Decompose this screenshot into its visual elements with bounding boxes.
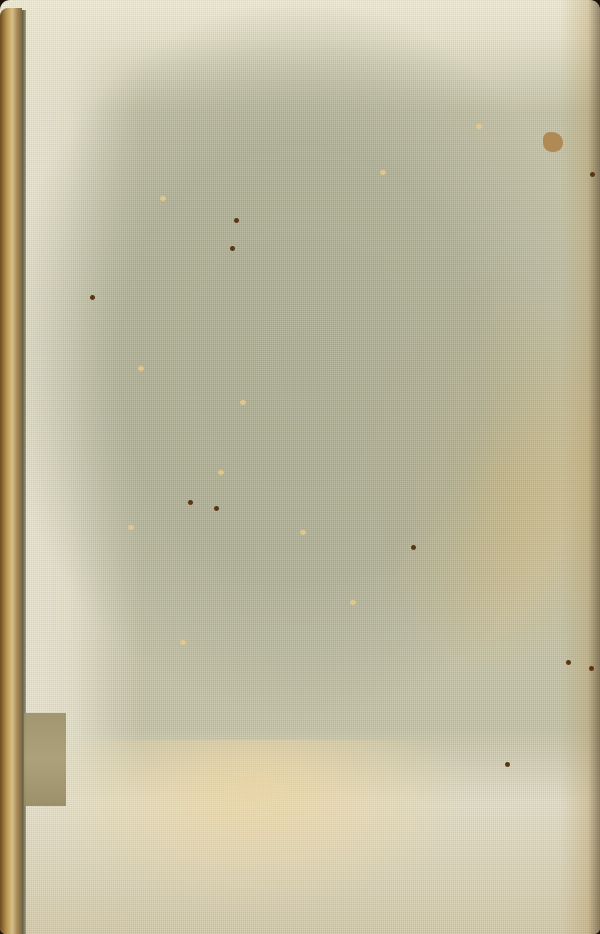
light-speck (300, 530, 306, 535)
dark-speck (234, 218, 239, 223)
stain-blotch (543, 132, 563, 152)
light-speck (180, 640, 186, 645)
light-speck (240, 400, 246, 405)
light-speck (218, 470, 224, 475)
dark-speck (230, 246, 235, 251)
dark-speck (589, 666, 594, 671)
book-spine (0, 8, 22, 934)
dark-speck (188, 500, 193, 505)
light-speck (476, 124, 482, 129)
dark-speck (590, 172, 595, 177)
dark-speck (505, 762, 510, 767)
dark-speck (411, 545, 416, 550)
light-speck (350, 600, 356, 605)
library-label-patch (24, 713, 66, 806)
right-edge-wear (560, 0, 600, 934)
dark-speck (90, 295, 95, 300)
dark-speck (566, 660, 571, 665)
light-speck (138, 366, 144, 371)
book-cover (0, 0, 600, 934)
light-speck (380, 170, 386, 175)
dark-speck (214, 506, 219, 511)
light-speck (160, 196, 166, 201)
light-speck (128, 525, 134, 530)
water-stain (40, 740, 470, 910)
